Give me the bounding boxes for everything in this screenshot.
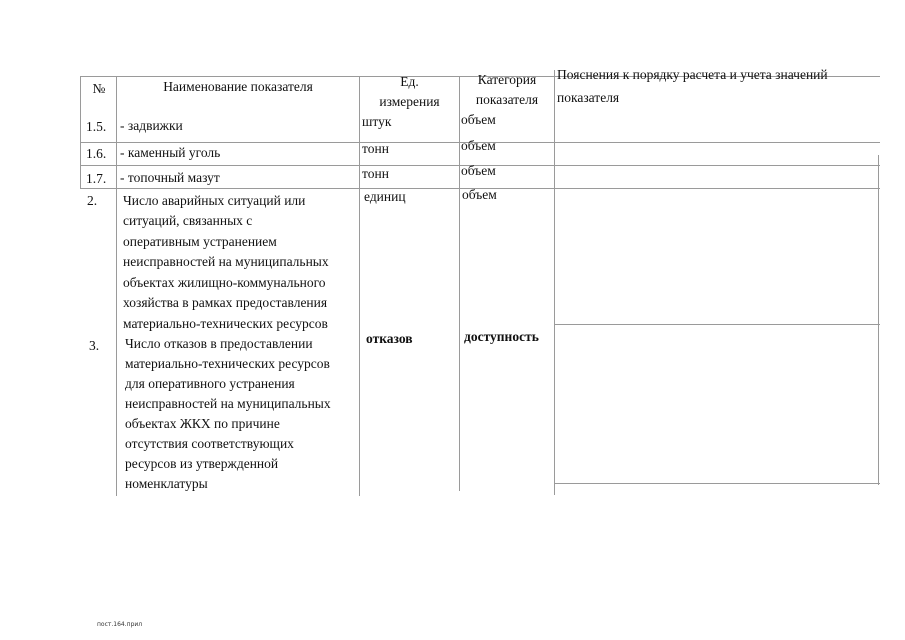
row-unit: тонн — [362, 139, 389, 160]
row-unit: тонн — [362, 164, 389, 185]
row-name-line: для оперативного устранения — [125, 374, 295, 395]
row-category: объем — [461, 110, 496, 131]
table-bottom-border — [555, 483, 880, 484]
row-num: 2. — [87, 191, 97, 212]
row-name-line: объектах жилищно-коммунального — [123, 273, 326, 294]
row-name-line: материально-технических ресурсов — [125, 354, 330, 375]
row-num: 1.5. — [86, 117, 106, 138]
row-name-line: оперативным устранением — [123, 232, 277, 253]
document-page: № Наименование показателя Ед. измерения … — [0, 0, 905, 640]
row-unit: штук — [362, 112, 391, 133]
row-divider — [555, 324, 880, 325]
row-name-line: ситуаций, связанных с — [123, 211, 252, 232]
row-unit: отказов — [366, 329, 413, 350]
row-name: - топочный мазут — [120, 168, 220, 189]
row-name: - каменный уголь — [120, 143, 220, 164]
row-name-line: объектах ЖКХ по причине — [125, 414, 280, 435]
table-right-border — [878, 155, 879, 485]
row-unit: единиц — [364, 187, 406, 208]
header-category-line1: Категория — [460, 70, 554, 91]
row-name-line: отсутствия соответствующих — [125, 434, 294, 455]
row-name-line: материально-технических ресурсов — [123, 314, 328, 335]
row-name-line: Число аварийных ситуаций или — [123, 191, 305, 212]
row-num: 1.7. — [86, 169, 106, 190]
row-num: 1.6. — [86, 144, 106, 165]
row-category: объем — [461, 136, 496, 157]
col-divider — [459, 76, 460, 491]
row-name-line: ресурсов из утвержденной — [125, 454, 278, 475]
header-name: Наименование показателя — [118, 77, 358, 98]
header-unit-line2: измерения — [360, 92, 459, 113]
col-divider — [116, 76, 117, 496]
col-divider — [359, 76, 360, 496]
row-name-line: неисправностей на муниципальных — [125, 394, 331, 415]
row-name-line: номенклатуры — [125, 474, 208, 495]
header-notes-line1: Пояснения к порядку расчета и учета знач… — [557, 65, 828, 86]
header-unit-line1: Ед. — [360, 72, 459, 93]
row-category: объем — [462, 185, 497, 206]
header-notes-line2: показателя — [557, 88, 619, 109]
header-category-line2: показателя — [460, 90, 554, 111]
row-category: доступность — [464, 327, 539, 348]
row-name-line: хозяйства в рамках предоставления — [123, 293, 327, 314]
footer-label: пост.164.прил — [97, 621, 142, 628]
header-num: № — [82, 79, 116, 100]
row-name: - задвижки — [120, 116, 183, 137]
row-name-line: неисправностей на муниципальных — [123, 252, 329, 273]
row-num: 3. — [89, 336, 99, 357]
row-name-line: Число отказов в предоставлении — [125, 334, 313, 355]
row-category: объем — [461, 161, 496, 182]
col-divider — [554, 70, 555, 495]
table-left-border — [80, 76, 81, 188]
